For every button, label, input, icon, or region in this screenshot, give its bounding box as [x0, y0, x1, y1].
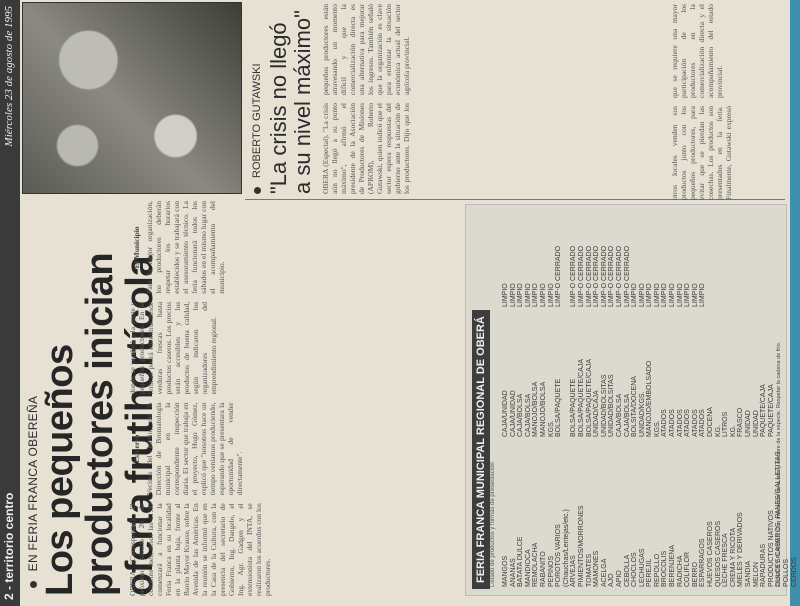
presentation: CAJA/BOLSA	[517, 307, 525, 437]
product-name: APIO	[616, 437, 624, 587]
presentation: UNIDAD	[745, 307, 753, 437]
presentation	[791, 307, 799, 437]
condition: LIMPIO	[540, 217, 548, 307]
product-name: ESPARRAGOS	[699, 437, 707, 587]
condition: LIMP-O CERRADO	[608, 217, 616, 307]
product-name: TOMATES	[586, 437, 594, 587]
table-row: PIMIENTOS/MORRONESBOLSA/PAQUETE/CAJALIMP…	[578, 211, 586, 587]
product-name: REPOLLO	[654, 437, 662, 587]
product-name: RABANITO	[540, 437, 548, 587]
table-subtitle: Listado de productos y formas de present…	[490, 462, 496, 587]
condition: LIMPIO	[517, 217, 525, 307]
article-kicker: EN FERIA FRANCA OBEREÑA	[26, 396, 40, 588]
table-row: SANDIAUNIDAD	[745, 211, 753, 587]
condition: LIMPIO	[669, 217, 677, 307]
presentation: KGS.	[654, 307, 662, 437]
table-row: LECHUGASUNIDAD/KGS.LIMPIO	[639, 211, 647, 587]
table-row: APIOCAJA/BOLSALIMP-O CERRADO	[616, 211, 624, 587]
table-row: RABANITOMANOJO/BOLSALIMPIO	[540, 211, 548, 587]
interview-kicker: ROBERTO GUTAWSKI	[251, 4, 263, 194]
condition: LIMPIO	[639, 217, 647, 307]
column-text: Para la mejor organización, los producto…	[145, 201, 226, 294]
product-name: LECHUGAS	[639, 437, 647, 587]
product-name: POROTOS VARIOS	[555, 437, 563, 587]
bullet-icon	[30, 581, 37, 588]
table-row: BERENJENAATADOSLIMPIO	[669, 211, 677, 587]
presentation: ATADOS	[699, 307, 707, 437]
table-row: PEREJILMANOJO/EMBOLSADOLIMPIO	[646, 211, 654, 587]
table-row: POROTOS VARIOSBOLSA/PAQUETELIMP-O CERRAD…	[555, 211, 563, 587]
table-row: PEPINOSKGS.LIMPIO	[548, 211, 556, 587]
product-name: MELON	[753, 437, 761, 587]
section-label: 2 - territorio centro	[2, 493, 16, 600]
table-row: ARVEJASBOLSA/PAQUETELIMP-O CERRADO	[570, 211, 578, 587]
presentation: ATADOS	[677, 307, 685, 437]
product-name: PEREJIL	[646, 437, 654, 587]
condition: LIMP-O CERRADO	[593, 217, 601, 307]
product-name: RADICHA	[677, 437, 685, 587]
presentation: PAQUETE/CAJA	[768, 307, 776, 437]
table-row: ACELGAUNIDAD/BOLSITASLIMP-O CERRADO	[601, 211, 609, 587]
table-row: BERROATADOSLIMPIO	[692, 211, 700, 587]
product-name: MANGOS	[502, 437, 510, 587]
product-name: POLLOS	[783, 437, 791, 587]
table-row: PRODUCTOS NATIVOSPAQUETE/CAJA	[768, 211, 776, 587]
product-name: BERRO	[692, 437, 700, 587]
product-name: RAPADURAS	[760, 437, 768, 587]
table-row: MANDIOCACAJA/BOLSALIMPIO	[525, 211, 533, 587]
product-name: CHOCLOS	[631, 437, 639, 587]
bullet-icon	[254, 187, 261, 194]
product-name: ACELGA	[601, 437, 609, 587]
table-row: LECHE FRESCALITROS	[722, 211, 730, 587]
table-row: ANANASCAJA/UNIDADLIMPIO	[510, 211, 518, 587]
product-name: QUESOS CASEROS	[715, 437, 723, 587]
column-text: donde se venderá a la gente y pequeños p…	[128, 302, 218, 395]
condition: LIMPIO	[525, 217, 533, 307]
produce-crates-photo	[22, 2, 242, 194]
interviewee-name: ROBERTO GUTAWSKI	[251, 63, 263, 178]
presentation: BOLSA/PAQUETE/CAJA	[586, 307, 594, 437]
subheading: El Municipio	[132, 201, 141, 294]
table-rows: MANGOSCAJA/UNIDADLIMPIOANANASCAJA/UNIDAD…	[502, 211, 798, 587]
condition	[783, 217, 791, 307]
presentation: DOCENA	[707, 307, 715, 437]
presentation: MANOJO/BOLSA	[540, 307, 548, 437]
article-column: OBERA (Corresponsal). El próximo sábado …	[128, 503, 458, 596]
product-name: MIELES Y DERIVADOS	[737, 437, 745, 587]
table-title: FERIA FRANCA MUNICIPAL REGIONAL DE OBERÁ	[472, 310, 490, 589]
article-body: OBERA (Corresponsal). El próximo sábado …	[128, 201, 458, 596]
presentation: KGS.	[548, 307, 556, 437]
table-row: CHOCLOSBOLSITA/DOCENALIMPIO	[631, 211, 639, 587]
condition	[791, 217, 799, 307]
presentation: KG.	[730, 307, 738, 437]
condition	[722, 217, 730, 307]
table-row: REMOLACHAMANOJO/BOLSALIMPIO	[532, 211, 540, 587]
table-row: AJOUNIDAD/BOLSITASLIMP-O CERRADO	[608, 211, 616, 587]
presentation: UNIDAD/BOLSITAS	[601, 307, 609, 437]
presentation: UNIDAD/KGS.	[639, 307, 647, 437]
presentation	[783, 307, 791, 437]
condition: LIMPIO	[502, 217, 510, 307]
table-row: (Chauchas/Lentejas/etc.)	[563, 211, 571, 587]
price-table: FERIA FRANCA MUNICIPAL REGIONAL DE OBERÁ…	[465, 204, 787, 596]
condition: LIMPIO	[532, 217, 540, 307]
product-name: PEPINOS	[548, 437, 556, 587]
interview-body: OBERA (Especial). "La crisis aún no lleg…	[321, 4, 681, 194]
product-name: BATATA DULCE	[517, 437, 525, 587]
table-row: CEBOLLACAJA/BOLSALIMP-O CERRADO	[624, 211, 632, 587]
table-row: MIELES Y DERIVADOSFRASCO	[737, 211, 745, 587]
presentation: PAQUETE/CAJA	[760, 307, 768, 437]
column-text: OBERA (Corresponsal). El próximo sábado …	[128, 503, 272, 596]
condition	[715, 217, 723, 307]
presentation: UNIDAD/BOLSITAS	[608, 307, 616, 437]
condition: LIMPIO	[646, 217, 654, 307]
table-row: CREMA Y RICOTAKG.	[730, 211, 738, 587]
article-column: donde se venderá a la gente y pequeños p…	[128, 302, 458, 395]
condition	[745, 217, 753, 307]
condition: LIMP-O CERRADO	[601, 217, 609, 307]
table-row: RADICHAATADOSLIMPIO	[677, 211, 685, 587]
condition: LIMP-O CERRADO	[555, 217, 563, 307]
presentation: ATADOS	[684, 307, 692, 437]
condition: LIMPIO	[548, 217, 556, 307]
product-name: MANDIOCA	[525, 437, 533, 587]
table-row: HUEVOS CASEROSDOCENA	[707, 211, 715, 587]
presentation: MANOJO/BOLSA	[532, 307, 540, 437]
condition	[753, 217, 761, 307]
presentation: CAJA/BOLSA	[525, 307, 533, 437]
interview-article: ROBERTO GUTAWSKI "La crisis no llegó a s…	[245, 4, 665, 194]
continued-text: otros locales venden sus productos junto…	[670, 4, 785, 200]
condition: LIMPIO	[677, 217, 685, 307]
condition: LIMPIO	[661, 217, 669, 307]
table-row: MANGOSCAJA/UNIDADLIMPIO	[502, 211, 510, 587]
table-row: QUESOS CASEROSKG.	[715, 211, 723, 587]
presentation: KG.	[715, 307, 723, 437]
presentation: BOLSA/PAQUETE	[555, 307, 563, 437]
presentation: ATADOS	[661, 307, 669, 437]
table-row: RAPADURASPAQUETE/CAJA	[760, 211, 768, 587]
condition: LIMPIO	[699, 217, 707, 307]
kicker-text: EN FERIA FRANCA OBEREÑA	[26, 396, 40, 572]
condition: LIMPIO	[684, 217, 692, 307]
condition: LIMP-O CERRADO	[624, 217, 632, 307]
table-row: REPOLLOKGS.LIMPIO	[654, 211, 662, 587]
table-row: BATATA DULCECAJA/BOLSALIMPIO	[517, 211, 525, 587]
presentation: BOLSA/PAQUETE	[570, 307, 578, 437]
product-name: BROCOLIS	[661, 437, 669, 587]
presentation: CAJA/UNIDAD	[510, 307, 518, 437]
product-name: COLIFLOR	[684, 437, 692, 587]
issue-date: Miércoles 23 de agosto de 1995	[3, 6, 15, 146]
product-name: CREMA Y RICOTA	[730, 437, 738, 587]
table-row: ESPARRAGOSATADOSLIMPIO	[699, 211, 707, 587]
condition: LIMPIO	[510, 217, 518, 307]
newspaper-page: 2 - territorio centro Miércoles 23 de ag…	[0, 0, 790, 606]
product-name: (Chauchas/Lentejas/etc.)	[563, 437, 571, 587]
table-row: TOMATESBOLSA/PAQUETE/CAJALIMP-O CERRADO	[586, 211, 594, 587]
condition: LIMPIO	[692, 217, 700, 307]
product-name: ARVEJAS	[570, 437, 578, 587]
condition	[563, 217, 571, 307]
product-name: LECHE FRESCA	[722, 437, 730, 587]
product-name: REMOLACHA	[532, 437, 540, 587]
article-column: El Municipio Para la mejor organización,…	[128, 201, 458, 294]
interview-headline: "La crisis no llegó a su nivel máximo"	[267, 4, 315, 194]
table-row: POLLOS	[783, 211, 791, 587]
condition: LIMP-O CERRADO	[616, 217, 624, 307]
presentation: CAJA/BOLSA	[624, 307, 632, 437]
presentation: UNIDAD	[753, 307, 761, 437]
presentation	[563, 307, 571, 437]
presentation: UNIDAD/CAJA	[593, 307, 601, 437]
subheading: Esfuerzo	[132, 403, 141, 496]
condition: LIMP-O CERRADO	[578, 217, 586, 307]
product-name: SANDIA	[745, 437, 753, 587]
article-column: Esfuerzo Vecinos del barrio, de la Direc…	[128, 403, 458, 496]
column-text: Vecinos del barrio, de la Dirección de B…	[145, 403, 244, 496]
product-name: AJO	[608, 437, 616, 587]
presentation: BOLSITA/DOCENA	[631, 307, 639, 437]
table-row: BROCOLISATADOSLIMPIO	[661, 211, 669, 587]
condition: LIMPIO	[631, 217, 639, 307]
condition	[737, 217, 745, 307]
condition	[730, 217, 738, 307]
presentation: ATADOS	[669, 307, 677, 437]
product-name: BERENJENA	[669, 437, 677, 587]
product-name: CERDOS	[791, 437, 799, 587]
product-name: MAMONES	[593, 437, 601, 587]
condition	[760, 217, 768, 307]
condition: LIMP-O CERRADO	[570, 217, 578, 307]
product-name: PRODUCTOS NATIVOS	[768, 437, 776, 587]
table-footnote: FLORES Y PLANTAS: Con indicación de la v…	[776, 217, 782, 587]
presentation: FRASCO	[737, 307, 745, 437]
table-row: CERDOS	[791, 211, 799, 587]
presentation: LITROS	[722, 307, 730, 437]
table-row: MELONUNIDAD	[753, 211, 761, 587]
condition	[707, 217, 715, 307]
condition: LIMPIO	[654, 217, 662, 307]
presentation: CAJA/BOLSA	[616, 307, 624, 437]
presentation: CAJA/UNIDAD	[502, 307, 510, 437]
product-name: CEBOLLA	[624, 437, 632, 587]
presentation: ATADOS	[692, 307, 700, 437]
product-name: PIMIENTOS/MORRONES	[578, 437, 586, 587]
condition	[768, 217, 776, 307]
table-row: MAMONESUNIDAD/CAJALIMP-O CERRADO	[593, 211, 601, 587]
table-row: COLIFLORATADOSLIMPIO	[684, 211, 692, 587]
presentation: MANOJO/EMBOLSADO	[646, 307, 654, 437]
presentation: BOLSA/PAQUETE/CAJA	[578, 307, 586, 437]
product-name: HUEVOS CASEROS	[707, 437, 715, 587]
condition: LIMP-O CERRADO	[586, 217, 594, 307]
product-name: ANANAS	[510, 437, 518, 587]
page-header-bar: 2 - territorio centro Miércoles 23 de ag…	[0, 0, 20, 606]
